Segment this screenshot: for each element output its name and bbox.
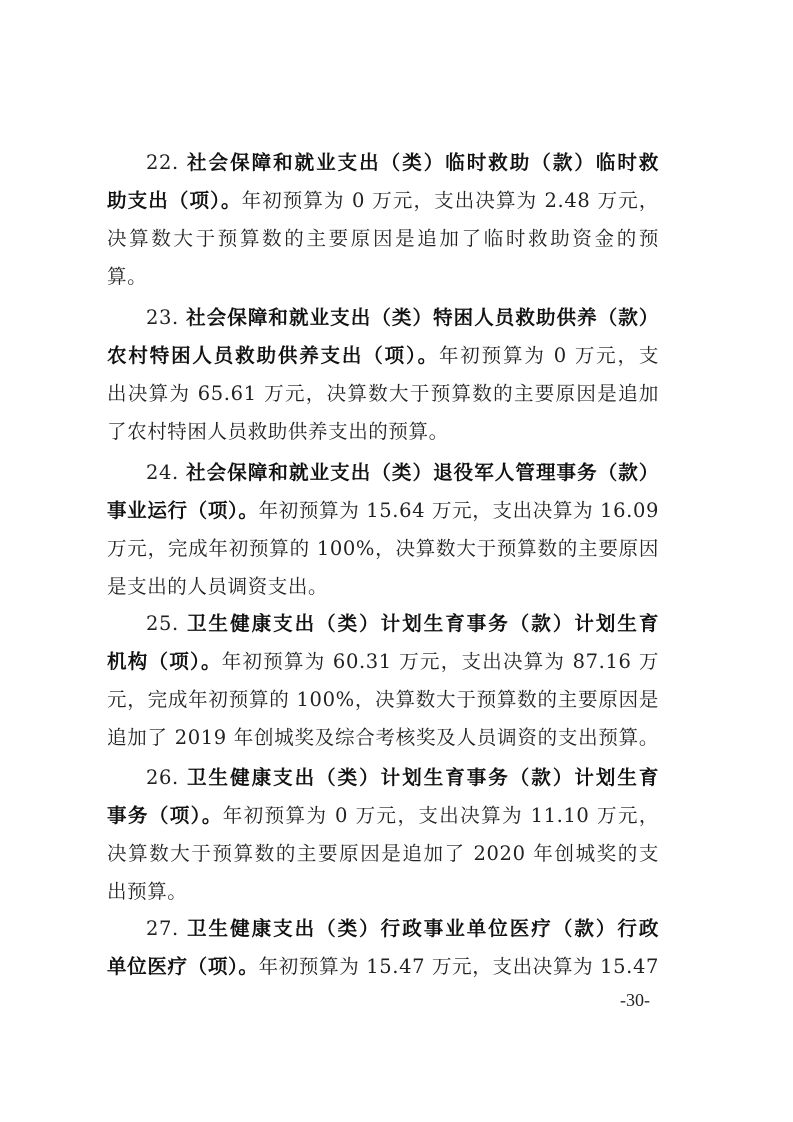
- item-number: 25.: [146, 612, 179, 635]
- paragraph-25-line-2: 机构（项）。年初预算为 60.31 万元，支出决算为 87.16 万: [107, 643, 659, 681]
- body-text: 年初预算为 0 万元，支出决算为 11.10 万元，: [223, 804, 659, 827]
- item-number: 24.: [146, 461, 179, 484]
- body-text: 元，完成年初预算的 100%，决算数大于预算数的主要原因是: [107, 688, 659, 711]
- item-heading: 社会保障和就业支出（类）临时救助（款）临时救: [187, 151, 659, 174]
- page-number: -30-: [620, 990, 650, 1011]
- document-page: 22. 社会保障和就业支出（类）临时救助（款）临时救 助支出（项）。年初预算为 …: [0, 0, 793, 1122]
- item-number: 27.: [146, 917, 179, 940]
- item-heading: 事业运行（项）。: [107, 499, 259, 522]
- item-heading: 卫生健康支出（类）行政事业单位医疗（款）行政: [187, 917, 659, 940]
- item-heading: 农村特困人员救助供养支出（项）。: [107, 344, 439, 367]
- paragraph-24-line-4: 是支出的人员调资支出。: [107, 568, 659, 606]
- item-number: 22.: [146, 151, 179, 174]
- item-heading: 社会保障和就业支出（类）特困人员救助供养（款）: [186, 306, 659, 329]
- body-text: 追加了 2019 年创城奖及综合考核奖及人员调资的支出预算。: [107, 726, 659, 749]
- body-text: 决算数大于预算数的主要原因是追加了 2020 年创城奖的支: [107, 842, 659, 865]
- paragraph-23-line-4: 了农村特困人员救助供养支出的预算。: [107, 413, 659, 451]
- item-number: 23.: [146, 306, 179, 329]
- paragraph-25-line-1: 25. 卫生健康支出（类）计划生育事务（款）计划生育: [146, 605, 659, 643]
- body-text: 年初预算为 15.64 万元，支出决算为 16.09: [259, 499, 659, 522]
- item-heading: 事务（项）。: [107, 804, 223, 827]
- paragraph-26-line-3: 决算数大于预算数的主要原因是追加了 2020 年创城奖的支: [107, 835, 659, 873]
- paragraph-27-line-2: 单位医疗（项）。年初预算为 15.47 万元，支出决算为 15.47: [107, 948, 659, 986]
- body-text: 年初预算为 60.31 万元，支出决算为 87.16 万: [222, 650, 659, 673]
- paragraph-22-line-3: 决算数大于预算数的主要原因是追加了临时救助资金的预: [107, 220, 659, 258]
- paragraph-26-line-1: 26. 卫生健康支出（类）计划生育事务（款）计划生育: [146, 759, 659, 797]
- body-text: 年初预算为 0 万元，支出决算为 2.48 万元，: [242, 189, 659, 212]
- body-text: 出预算。: [107, 880, 187, 903]
- paragraph-26-line-4: 出预算。: [107, 873, 659, 911]
- body-text: 年初预算为 0 万元，支: [439, 344, 659, 367]
- item-number: 26.: [146, 766, 179, 789]
- paragraph-25-line-3: 元，完成年初预算的 100%，决算数大于预算数的主要原因是: [107, 681, 659, 719]
- paragraph-25-line-4: 追加了 2019 年创城奖及综合考核奖及人员调资的支出预算。: [107, 719, 659, 757]
- body-text: 出决算为 65.61 万元，决算数大于预算数的主要原因是追加: [107, 382, 659, 405]
- item-heading: 单位医疗（项）。: [107, 955, 259, 978]
- body-text: 决算数大于预算数的主要原因是追加了临时救助资金的预: [107, 227, 659, 250]
- item-heading: 社会保障和就业支出（类）退役军人管理事务（款）: [186, 461, 659, 484]
- item-heading: 卫生健康支出（类）计划生育事务（款）计划生育: [187, 612, 659, 635]
- paragraph-23-line-1: 23. 社会保障和就业支出（类）特困人员救助供养（款）: [146, 299, 659, 337]
- paragraph-27-line-1: 27. 卫生健康支出（类）行政事业单位医疗（款）行政: [146, 910, 659, 948]
- body-text: 是支出的人员调资支出。: [107, 575, 328, 598]
- body-text: 年初预算为 15.47 万元，支出决算为 15.47: [259, 955, 659, 978]
- paragraph-23-line-2: 农村特困人员救助供养支出（项）。年初预算为 0 万元，支: [107, 337, 659, 375]
- item-heading: 机构（项）。: [107, 650, 222, 673]
- paragraph-24-line-2: 事业运行（项）。年初预算为 15.64 万元，支出决算为 16.09: [107, 492, 659, 530]
- paragraph-22-line-1: 22. 社会保障和就业支出（类）临时救助（款）临时救: [146, 144, 659, 182]
- body-text: 万元，完成年初预算的 100%，决算数大于预算数的主要原因: [107, 537, 659, 560]
- body-text: 算。: [107, 265, 147, 288]
- body-text: 了农村特困人员救助供养支出的预算。: [107, 420, 449, 443]
- paragraph-22-line-2: 助支出（项）。年初预算为 0 万元，支出决算为 2.48 万元，: [107, 182, 659, 220]
- paragraph-24-line-3: 万元，完成年初预算的 100%，决算数大于预算数的主要原因: [107, 530, 659, 568]
- paragraph-23-line-3: 出决算为 65.61 万元，决算数大于预算数的主要原因是追加: [107, 375, 659, 413]
- item-heading: 助支出（项）。: [107, 189, 242, 212]
- item-heading: 卫生健康支出（类）计划生育事务（款）计划生育: [187, 766, 659, 789]
- paragraph-24-line-1: 24. 社会保障和就业支出（类）退役军人管理事务（款）: [146, 454, 659, 492]
- paragraph-22-line-4: 算。: [107, 258, 659, 296]
- paragraph-26-line-2: 事务（项）。年初预算为 0 万元，支出决算为 11.10 万元，: [107, 797, 659, 835]
